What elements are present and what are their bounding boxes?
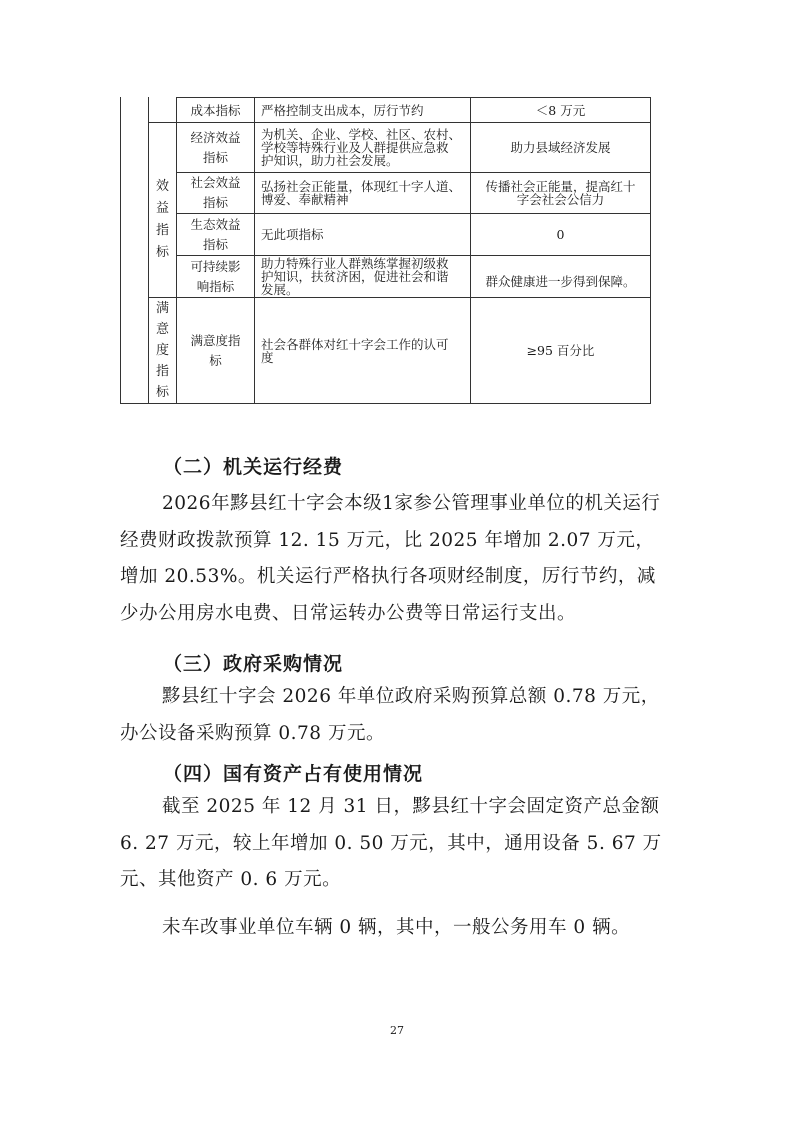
table-border-left <box>120 97 121 404</box>
section-heading-operating-expenses: （二）机关运行经费 <box>163 452 343 479</box>
indicator-name-text: 成本指标 <box>190 104 240 117</box>
group-char: 标 <box>156 242 169 264</box>
indicator-name-social: 社会效益 指标 <box>177 173 254 213</box>
indicator-content-text: 发展。 <box>261 283 299 296</box>
indicator-name-text: 指标 <box>203 235 228 255</box>
group-char: 度 <box>156 340 169 361</box>
indicator-content-text: 博爱、奉献精神 <box>261 193 349 206</box>
indicator-content-text: 社会各群体对红十字会工作的认可 <box>261 338 449 351</box>
indicator-name-text: 经济效益 <box>190 128 240 148</box>
section-paragraph-state-assets: 截至 2025 年 12 月 31 日，黟县红十字会固定资产总金额 6. 27 … <box>120 789 665 899</box>
indicator-value-text: 0 <box>557 228 565 241</box>
group-char: 效 <box>156 176 169 198</box>
section-paragraph-procurement: 黟县红十字会 2026 年单位政府采购预算总额 0.78 万元，办公设备采购预算… <box>120 679 665 752</box>
indicator-content-sustainable: 助力特殊行业人群熟练掌握初级救 护知识，扶贫济困，促进社会和谐 发展。 <box>255 256 470 297</box>
indicator-content-social: 弘扬社会正能量，体现红十字人道、 博爱、奉献精神 <box>255 173 470 213</box>
indicator-value-text: ＜8 万元 <box>536 104 585 117</box>
indicator-content-text: 度 <box>261 351 274 364</box>
indicator-value-text: ≥95 百分比 <box>527 344 595 357</box>
group-char: 标 <box>156 382 169 403</box>
indicator-value-cost: ＜8 万元 <box>471 98 650 122</box>
indicator-name-sustainable: 可持续影 响指标 <box>177 256 254 297</box>
indicator-value-text: 字会社会公信力 <box>517 193 605 206</box>
indicator-content-text: 护知识，助力社会发展。 <box>261 154 399 167</box>
group-char: 意 <box>156 319 169 340</box>
indicator-name-text: 可持续影 <box>190 257 240 277</box>
section-paragraph-operating-expenses: 2026年黟县红十字会本级1家参公管理事业单位的机关运行经费财政拨款预算 12.… <box>120 486 665 632</box>
indicator-value-economic: 助力县域经济发展 <box>471 123 650 172</box>
indicator-content-text: 无此项指标 <box>261 228 324 241</box>
group-char: 益 <box>156 198 169 220</box>
indicator-value-social: 传播社会正能量，提高红十 字会社会公信力 <box>471 173 650 213</box>
indicator-name-text: 社会效益 <box>190 173 240 193</box>
indicator-value-ecological: 0 <box>471 214 650 255</box>
indicator-value-satisfaction: ≥95 百分比 <box>471 298 650 403</box>
indicator-name-text: 满意度指 <box>190 331 240 351</box>
section-heading-procurement: （三）政府采购情况 <box>163 649 343 676</box>
group-char: 满 <box>156 298 169 319</box>
indicator-name-text: 指标 <box>203 193 228 213</box>
group-char: 指 <box>156 361 169 382</box>
indicator-name-text: 标 <box>209 351 222 371</box>
section-paragraph-vehicles: 未车改事业单位车辆 0 辆，其中，一般公务用车 0 辆。 <box>120 910 665 947</box>
group-label-benefit: 效 益 指 标 <box>149 123 176 297</box>
table-border-right <box>650 97 651 404</box>
indicator-content-ecological: 无此项指标 <box>255 214 470 255</box>
group-char: 指 <box>156 220 169 242</box>
indicator-value-sustainable: 群众健康进一步得到保障。 <box>471 256 650 297</box>
indicator-value-text: 助力县域经济发展 <box>510 141 610 154</box>
indicator-name-economic: 经济效益 指标 <box>177 123 254 172</box>
section-heading-state-assets: （四）国有资产占有使用情况 <box>163 759 423 786</box>
performance-indicator-table: 效 益 指 标 满 意 度 指 标 成本指标 严格控制支出成本，厉行节约 ＜8 … <box>120 97 651 404</box>
page-number: 27 <box>0 1024 794 1037</box>
indicator-name-text: 指标 <box>203 148 228 168</box>
group-label-satisfaction: 满 意 度 指 标 <box>149 298 176 403</box>
indicator-name-cost: 成本指标 <box>177 98 254 122</box>
indicator-name-text: 生态效益 <box>190 215 240 235</box>
indicator-name-satisfaction: 满意度指 标 <box>177 298 254 403</box>
indicator-value-text: 群众健康进一步得到保障。 <box>485 275 635 288</box>
indicator-content-satisfaction: 社会各群体对红十字会工作的认可 度 <box>255 298 470 403</box>
indicator-name-ecological: 生态效益 指标 <box>177 214 254 255</box>
indicator-content-economic: 为机关、企业、学校、社区、农村、 学校等特殊行业及人群提供应急救 护知识，助力社… <box>255 123 470 172</box>
indicator-content-text: 严格控制支出成本，厉行节约 <box>261 104 424 117</box>
indicator-name-text: 响指标 <box>197 277 235 297</box>
document-page: 效 益 指 标 满 意 度 指 标 成本指标 严格控制支出成本，厉行节约 ＜8 … <box>0 0 794 1122</box>
table-border-bottom <box>120 403 651 404</box>
indicator-content-cost: 严格控制支出成本，厉行节约 <box>255 98 470 122</box>
